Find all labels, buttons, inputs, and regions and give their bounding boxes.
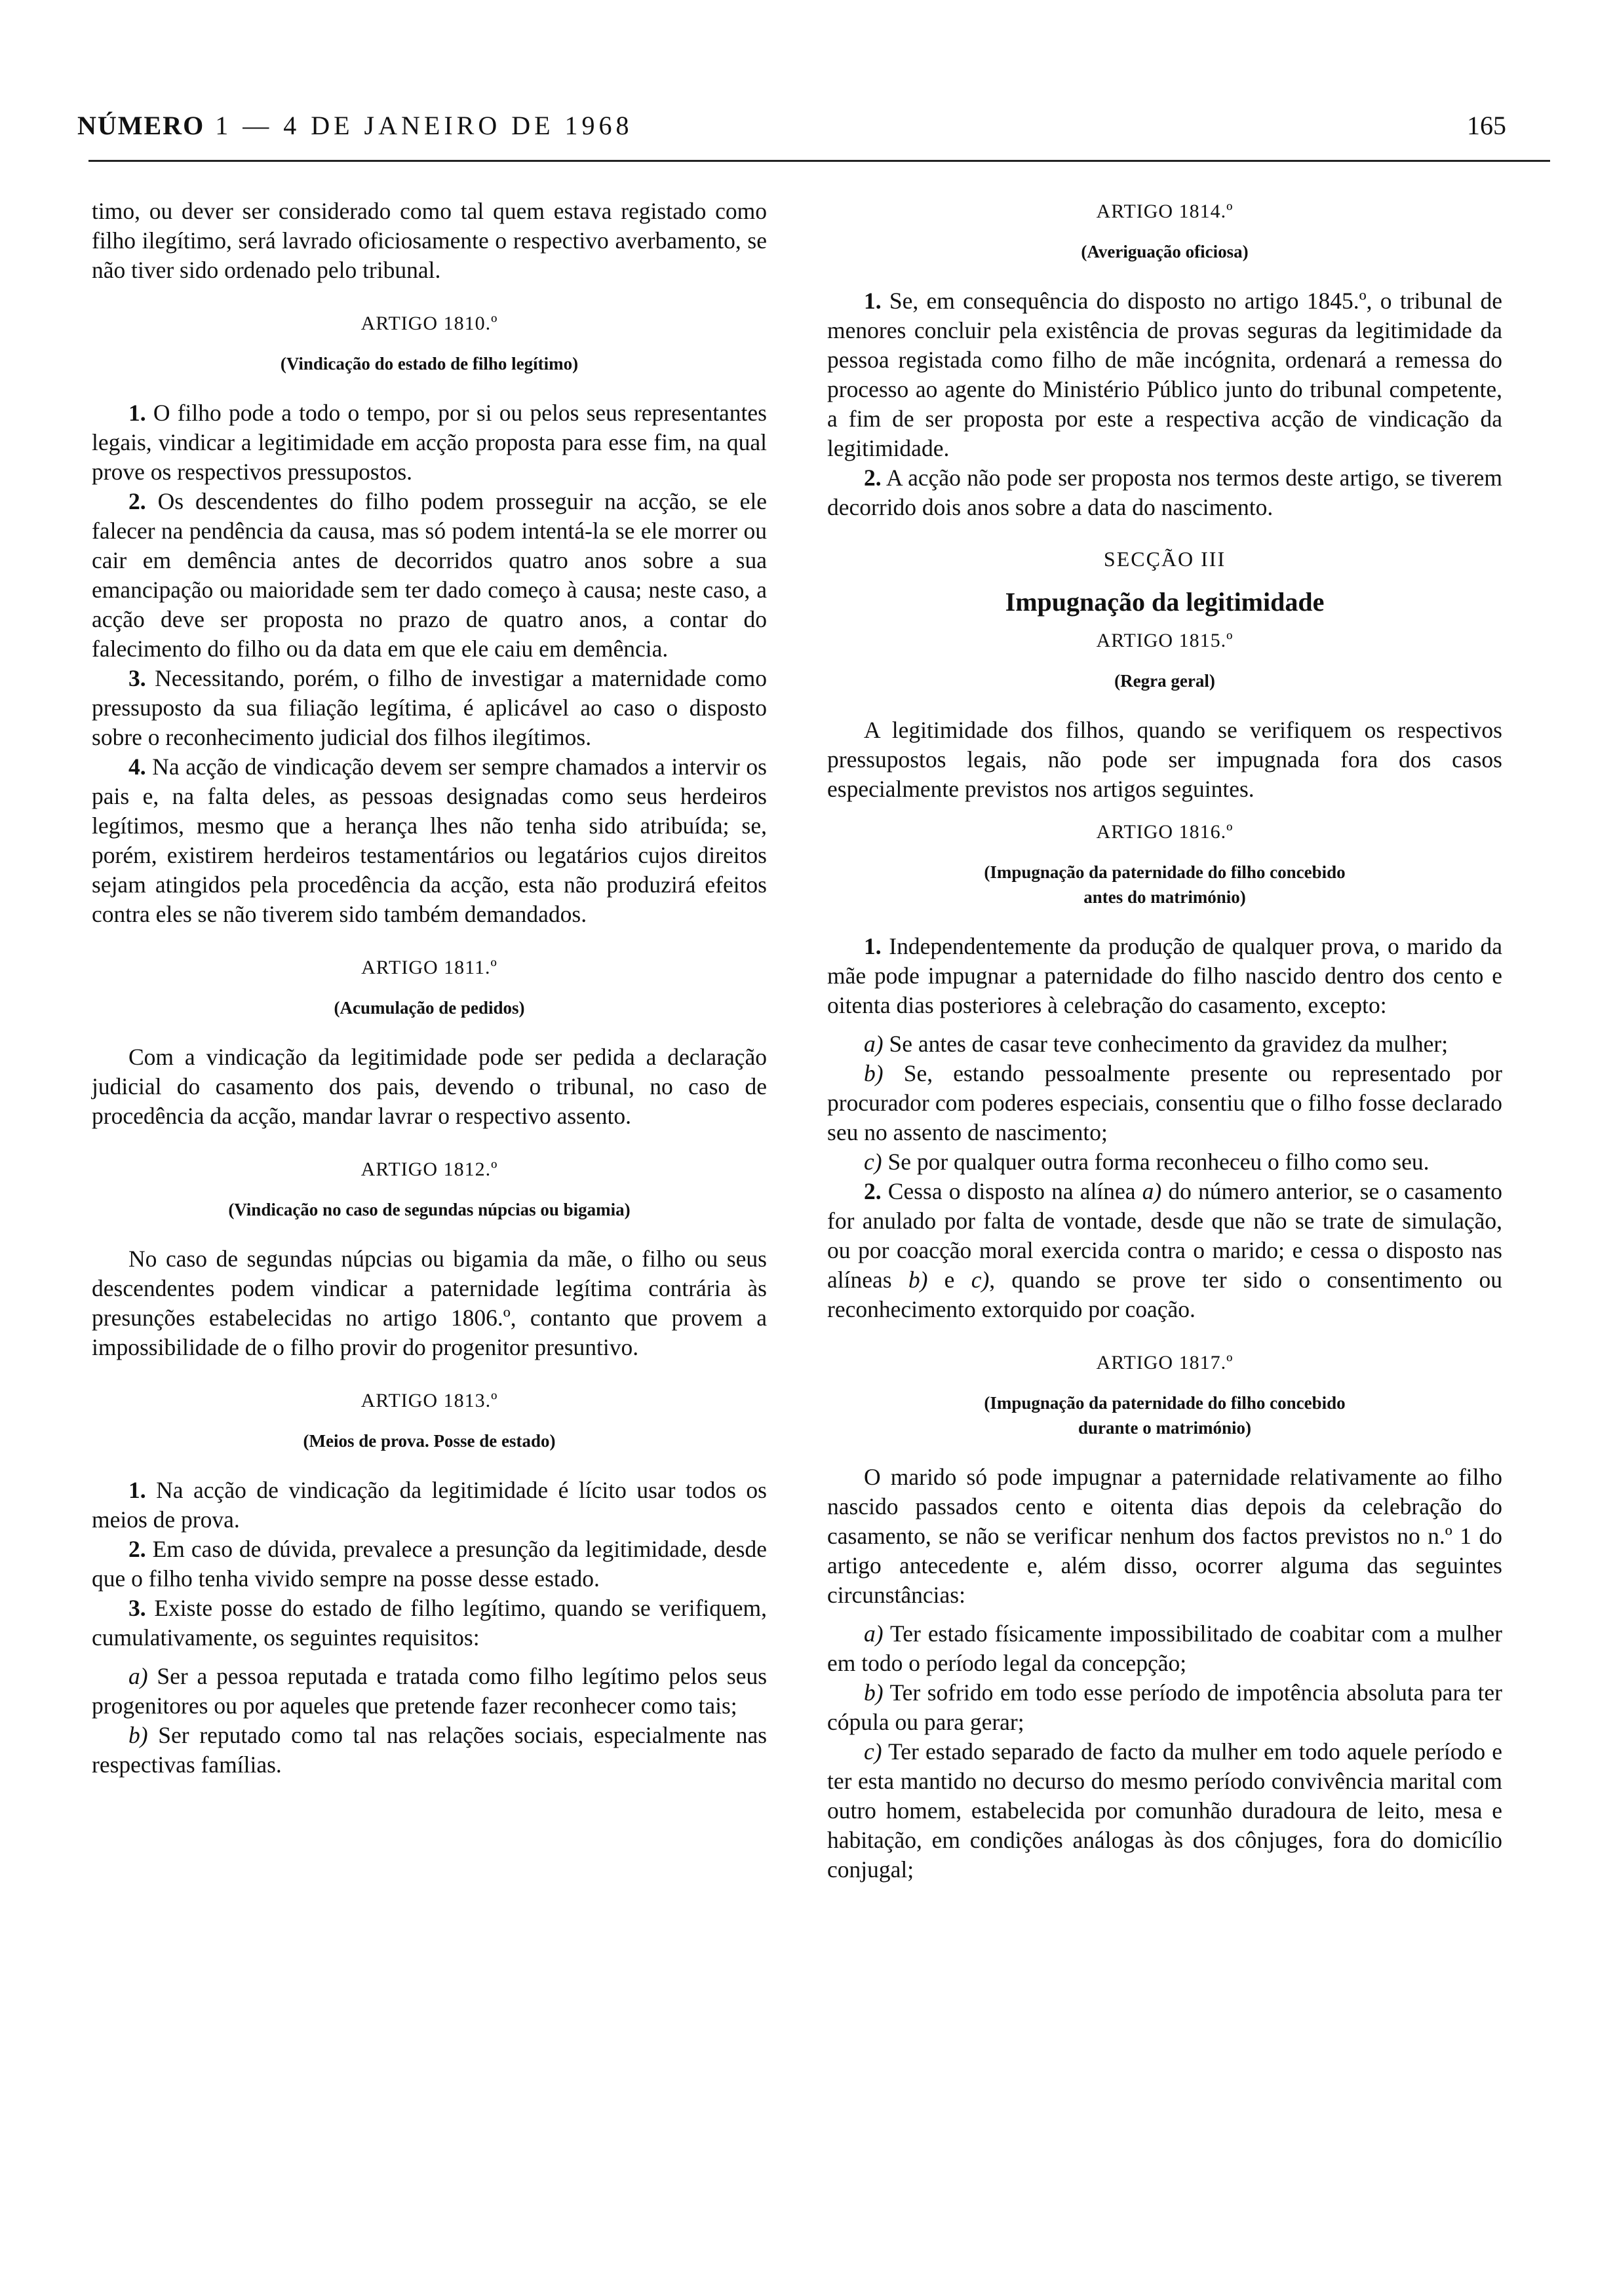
alinea: b) Ter sofrido em todo esse período de i… <box>827 1678 1502 1737</box>
paragraph: 3. Existe posse do estado de filho legít… <box>92 1594 767 1653</box>
paragraph-number: 1. <box>864 933 882 959</box>
paragraph: 2. Cessa o disposto na alínea a) do núme… <box>827 1177 1502 1324</box>
paragraph: A legitimidade dos filhos, quando se ver… <box>827 716 1502 804</box>
alinea-label: c) <box>864 1149 882 1175</box>
paragraph-text: Independentemente da produção de qualque… <box>827 933 1502 1018</box>
article-title-1815: ARTIGO 1815.º <box>827 626 1502 655</box>
paragraph: 1. Independentemente da produção de qual… <box>827 932 1502 1020</box>
intro-paragraph: timo, ou dever ser considerado como tal … <box>92 197 767 285</box>
issue-prefix: NÚMERO <box>77 111 204 140</box>
alinea-reference: c) <box>971 1267 990 1293</box>
epigraph-line: (Impugnação da paternidade do filho conc… <box>827 1390 1502 1415</box>
epigraph-line: (Impugnação da paternidade do filho conc… <box>827 860 1502 885</box>
paragraph-number: 1. <box>128 1477 146 1503</box>
section-title: Impugnação da legitimidade <box>827 587 1502 617</box>
paragraph: Com a vindicação da legitimidade pode se… <box>92 1043 767 1131</box>
alinea: a) Se antes de casar teve conhecimento d… <box>827 1029 1502 1059</box>
alinea: a) Ser a pessoa reputada e tratada como … <box>92 1662 767 1721</box>
article-epigraph-1812: (Vindicação no caso de segundas núpcias … <box>92 1197 767 1222</box>
alinea-label: c) <box>864 1738 882 1765</box>
page-header: NÚMERO 1 — 4 DE JANEIRO DE 1968 165 <box>77 110 1506 149</box>
issue-date: NÚMERO 1 — 4 DE JANEIRO DE 1968 <box>77 110 633 141</box>
article-epigraph-1816: (Impugnação da paternidade do filho conc… <box>827 860 1502 909</box>
paragraph-text: O filho pode a todo o tempo, por si ou p… <box>92 400 767 485</box>
paragraph-number: 3. <box>128 665 146 691</box>
spacer <box>827 1610 1502 1619</box>
article-title-1811: ARTIGO 1811.º <box>92 953 767 982</box>
paragraph-number: 3. <box>128 1595 146 1621</box>
alinea-text: Se antes de casar teve conhecimento da g… <box>889 1031 1448 1057</box>
article-epigraph-1811: (Acumulação de pedidos) <box>92 995 767 1020</box>
article-epigraph-1813: (Meios de prova. Posse de estado) <box>92 1428 767 1453</box>
article-epigraph-1817: (Impugnação da paternidade do filho conc… <box>827 1390 1502 1440</box>
article-title-1817: ARTIGO 1817.º <box>827 1348 1502 1377</box>
paragraph-text: Existe posse do estado de filho legítimo… <box>92 1595 767 1651</box>
alinea-text: Se por qualquer outra forma reconheceu o… <box>887 1149 1429 1175</box>
alinea-text: Ser reputado como tal nas relações socia… <box>92 1722 767 1778</box>
alinea-reference: a) <box>1142 1178 1162 1204</box>
alinea-text: Ter sofrido em todo esse período de impo… <box>827 1679 1502 1735</box>
paragraph: 2. A acção não pode ser proposta nos ter… <box>827 463 1502 522</box>
paragraph-number: 2. <box>864 1178 882 1204</box>
paragraph: No caso de segundas núpcias ou bigamia d… <box>92 1244 767 1362</box>
paragraph-text: Na acção de vindicação da legitimidade é… <box>92 1477 767 1533</box>
epigraph-line: antes do matrimónio) <box>827 885 1502 909</box>
left-column: timo, ou dever ser considerado como tal … <box>92 197 767 1780</box>
paragraph-text: Cessa o disposto na alínea <box>888 1178 1136 1204</box>
paragraph-number: 2. <box>128 1536 146 1562</box>
paragraph-number: 1. <box>128 400 146 426</box>
spacer <box>827 1020 1502 1029</box>
paragraph-text: Na acção de vindicação devem ser sempre … <box>92 754 767 927</box>
article-title-1812: ARTIGO 1812.º <box>92 1155 767 1184</box>
alinea-label: b) <box>128 1722 148 1748</box>
alinea-label: a) <box>128 1663 148 1689</box>
paragraph: 2. Os descendentes do filho podem prosse… <box>92 487 767 664</box>
alinea-reference: b) <box>908 1267 928 1293</box>
page-number: 165 <box>1467 110 1506 141</box>
paragraph-number: 1. <box>864 288 882 314</box>
alinea: c) Se por qualquer outra forma reconhece… <box>827 1147 1502 1177</box>
spacer <box>92 1653 767 1662</box>
paragraph-text: Se, em consequência do disposto no artig… <box>827 288 1502 461</box>
alinea-text: Ser a pessoa reputada e tratada como fil… <box>92 1663 767 1719</box>
paragraph-number: 4. <box>128 754 146 780</box>
paragraph-text: Os descendentes do filho podem prossegui… <box>92 488 767 662</box>
alinea: b) Se, estando pessoalmente presente ou … <box>827 1059 1502 1147</box>
alinea-text: Ter estado separado de facto da mulher e… <box>827 1738 1502 1883</box>
paragraph-number: 2. <box>128 488 146 514</box>
article-title-1816: ARTIGO 1816.º <box>827 817 1502 847</box>
paragraph: 3. Necessitando, porém, o filho de inves… <box>92 664 767 752</box>
article-epigraph-1810: (Vindicação do estado de filho legítimo) <box>92 351 767 376</box>
header-rule <box>88 160 1550 162</box>
paragraph: 1. Se, em consequência do disposto no ar… <box>827 286 1502 463</box>
article-title-1813: ARTIGO 1813.º <box>92 1386 767 1415</box>
alinea-text: Ter estado físicamente impossibilitado d… <box>827 1620 1502 1676</box>
paragraph: 4. Na acção de vindicação devem ser semp… <box>92 752 767 929</box>
paragraph: 1. O filho pode a todo o tempo, por si o… <box>92 398 767 487</box>
article-epigraph-1814: (Averiguação oficiosa) <box>827 239 1502 264</box>
alinea-label: b) <box>864 1060 884 1086</box>
paragraph: O marido só pode impugnar a paternidade … <box>827 1463 1502 1610</box>
paragraph: 1. Na acção de vindicação da legitimidad… <box>92 1476 767 1535</box>
alinea: b) Ser reputado como tal nas relações so… <box>92 1721 767 1780</box>
alinea-label: a) <box>864 1031 884 1057</box>
paragraph-number: 2. <box>864 465 882 491</box>
paragraph-text: Necessitando, porém, o filho de investig… <box>92 665 767 750</box>
alinea-label: b) <box>864 1679 884 1706</box>
right-column: ARTIGO 1814.º (Averiguação oficiosa) 1. … <box>827 197 1502 1885</box>
epigraph-line: durante o matrimónio) <box>827 1415 1502 1440</box>
section-label: SECÇÃO III <box>827 545 1502 574</box>
paragraph-text: e <box>944 1267 955 1293</box>
paragraph-text: A acção não pode ser proposta nos termos… <box>827 465 1502 520</box>
alinea: a) Ter estado físicamente impossibilitad… <box>827 1619 1502 1678</box>
paragraph-text: Em caso de dúvida, prevalece a presunção… <box>92 1536 767 1592</box>
paragraph: 2. Em caso de dúvida, prevalece a presun… <box>92 1535 767 1594</box>
paragraph-text: , quando se prove ter sido o consentimen… <box>827 1267 1502 1322</box>
issue-rest: 1 — 4 DE JANEIRO DE 1968 <box>215 111 632 140</box>
article-epigraph-1815: (Regra geral) <box>827 668 1502 693</box>
article-title-1810: ARTIGO 1810.º <box>92 309 767 338</box>
article-title-1814: ARTIGO 1814.º <box>827 197 1502 226</box>
alinea: c) Ter estado separado de facto da mulhe… <box>827 1737 1502 1885</box>
alinea-label: a) <box>864 1620 884 1647</box>
alinea-text: Se, estando pessoalmente presente ou rep… <box>827 1060 1502 1145</box>
